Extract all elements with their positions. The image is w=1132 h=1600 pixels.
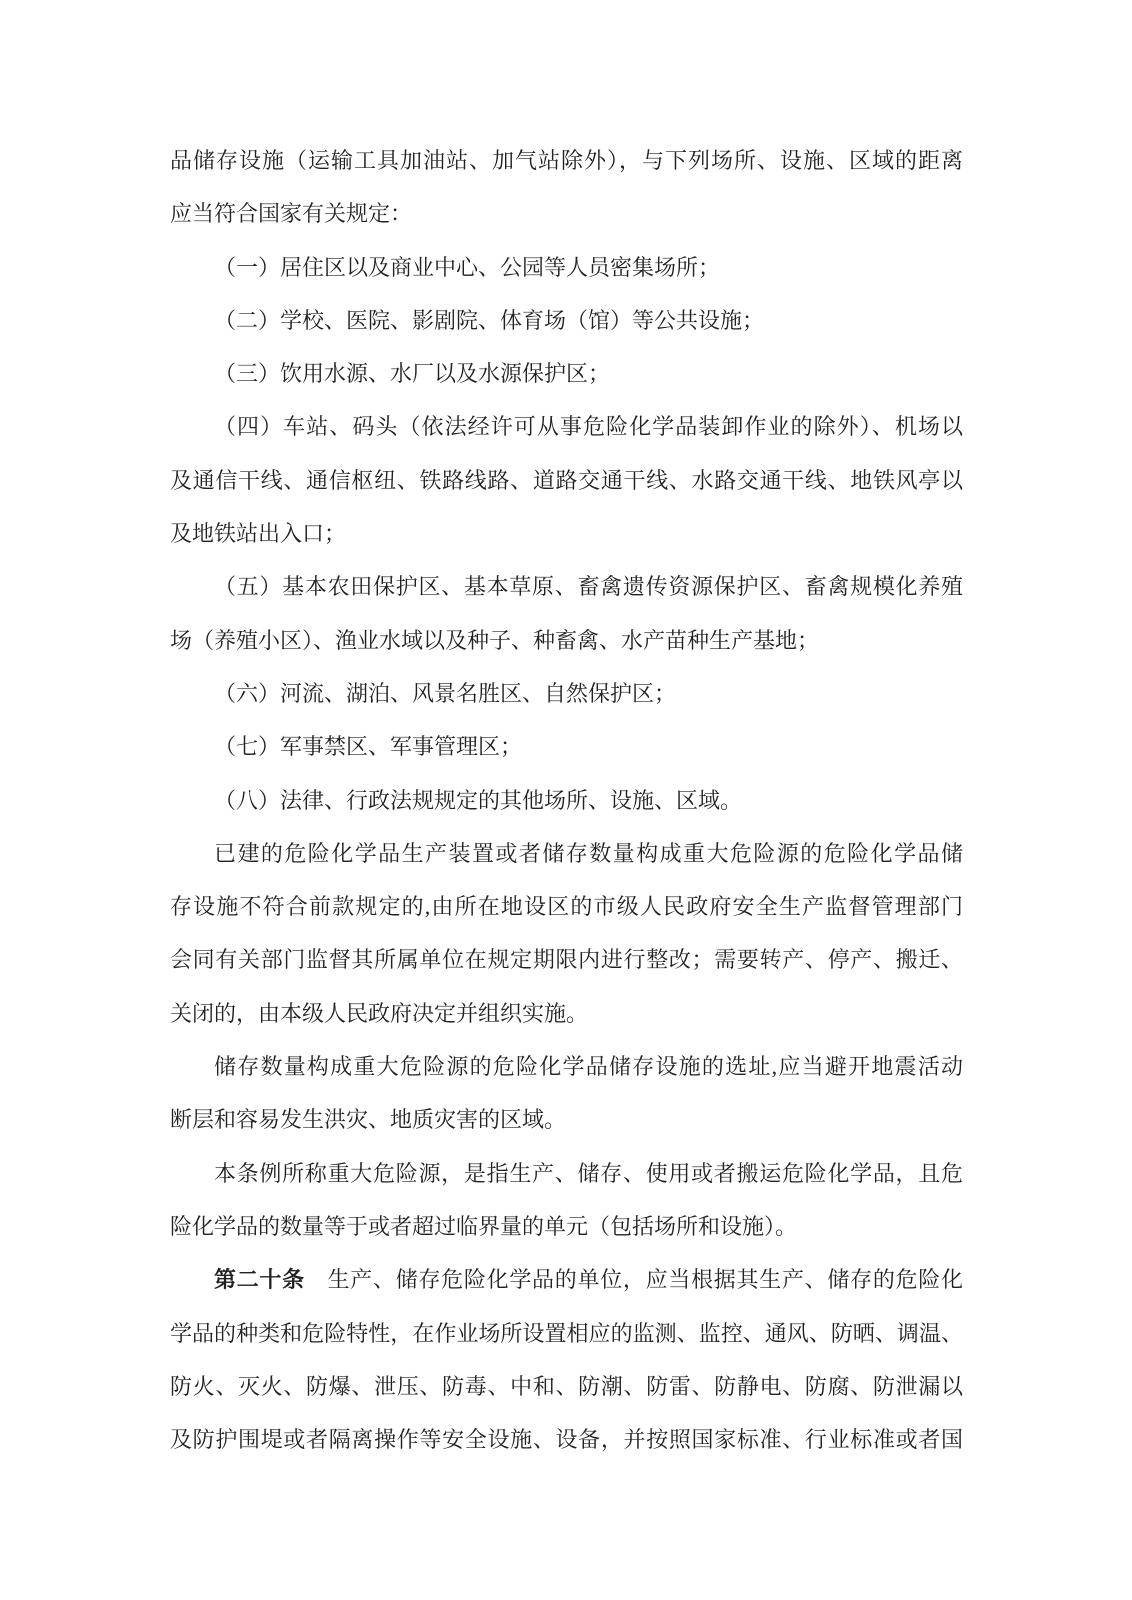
line-text: （一）居住区以及商业中心、公园等人员密集场所； xyxy=(214,255,720,280)
document-line: 应当符合国家有关规定： xyxy=(170,187,963,240)
document-line: （八）法律、行政法规规定的其他场所、设施、区域。 xyxy=(170,774,963,827)
document-line: （五）基本农田保护区、基本草原、畜禽遗传资源保护区、畜禽规模化养殖 xyxy=(170,560,963,613)
line-text: 应当符合国家有关规定： xyxy=(170,201,412,226)
document-line: 第二十条 生产、储存危险化学品的单位，应当根据其生产、储存的危险化 xyxy=(170,1253,963,1306)
line-text: （八）法律、行政法规规定的其他场所、设施、区域。 xyxy=(214,788,742,813)
document-line: 场（养殖小区）、渔业水域以及种子、种畜禽、水产苗种生产基地； xyxy=(170,614,963,667)
document-line: 关闭的，由本级人民政府决定并组织实施。 xyxy=(170,987,963,1040)
line-text: 及地铁站出入口； xyxy=(170,521,346,546)
document-line: 会同有关部门监督其所属单位在规定期限内进行整改；需要转产、停产、搬迁、 xyxy=(170,933,963,986)
document-line: 及地铁站出入口； xyxy=(170,507,963,560)
line-text: 品储存设施（运输工具加油站、加气站除外），与下列场所、设施、区域的距离 xyxy=(170,148,963,173)
document-line: 及通信干线、通信枢纽、铁路线路、道路交通干线、水路交通干线、地铁风亭以 xyxy=(170,454,963,507)
line-text: 断层和容易发生洪灾、地质灾害的区域。 xyxy=(170,1107,566,1132)
line-text: 已建的危险化学品生产装置或者储存数量构成重大危险源的危险化学品储 xyxy=(214,841,963,866)
line-text: 及通信干线、通信枢纽、铁路线路、道路交通干线、水路交通干线、地铁风亭以 xyxy=(170,468,963,493)
document-line: 存设施不符合前款规定的,由所在地设区的市级人民政府安全生产监督管理部门 xyxy=(170,880,963,933)
document-line: 储存数量构成重大危险源的危险化学品储存设施的选址,应当避开地震活动 xyxy=(170,1040,963,1093)
line-text: 险化学品的数量等于或者超过临界量的单元（包括场所和设施）。 xyxy=(170,1214,797,1239)
line-text: （七）军事禁区、军事管理区； xyxy=(214,734,522,759)
article-number: 第二十条 xyxy=(214,1267,305,1292)
document-line: （六）河流、湖泊、风景名胜区、自然保护区； xyxy=(170,667,963,720)
document-line: 已建的危险化学品生产装置或者储存数量构成重大危险源的危险化学品储 xyxy=(170,827,963,880)
line-text: 生产、储存危险化学品的单位，应当根据其生产、储存的危险化 xyxy=(305,1267,963,1292)
line-text: 本条例所称重大危险源，是指生产、储存、使用或者搬运危险化学品，且危 xyxy=(214,1161,963,1186)
document-line: 及防护围堤或者隔离操作等安全设施、设备，并按照国家标准、行业标准或者国 xyxy=(170,1413,963,1466)
document-line: 本条例所称重大危险源，是指生产、储存、使用或者搬运危险化学品，且危 xyxy=(170,1147,963,1200)
line-text: （五）基本农田保护区、基本草原、畜禽遗传资源保护区、畜禽规模化养殖 xyxy=(214,574,963,599)
line-text: 学品的种类和危险特性，在作业场所设置相应的监测、监控、通风、防晒、调温、 xyxy=(170,1321,963,1346)
document-line: （四）车站、码头（依法经许可从事危险化学品装卸作业的除外）、机场以 xyxy=(170,400,963,453)
document-line: 学品的种类和危险特性，在作业场所设置相应的监测、监控、通风、防晒、调温、 xyxy=(170,1307,963,1360)
line-text: （四）车站、码头（依法经许可从事危险化学品装卸作业的除外）、机场以 xyxy=(214,414,963,439)
document-line: （七）军事禁区、军事管理区； xyxy=(170,720,963,773)
line-text: 场（养殖小区）、渔业水域以及种子、种畜禽、水产苗种生产基地； xyxy=(170,628,819,653)
line-text: （二）学校、医院、影剧院、体育场（馆）等公共设施； xyxy=(214,308,764,333)
document-line: （二）学校、医院、影剧院、体育场（馆）等公共设施； xyxy=(170,294,963,347)
line-text: 防火、灭火、防爆、泄压、防毒、中和、防潮、防雷、防静电、防腐、防泄漏以 xyxy=(170,1374,963,1399)
line-text: （六）河流、湖泊、风景名胜区、自然保护区； xyxy=(214,681,676,706)
line-text: （三）饮用水源、水厂以及水源保护区； xyxy=(214,361,610,386)
line-text: 存设施不符合前款规定的,由所在地设区的市级人民政府安全生产监督管理部门 xyxy=(170,894,963,919)
line-text: 会同有关部门监督其所属单位在规定期限内进行整改；需要转产、停产、搬迁、 xyxy=(170,947,963,972)
document-line: 防火、灭火、防爆、泄压、防毒、中和、防潮、防雷、防静电、防腐、防泄漏以 xyxy=(170,1360,963,1413)
document-line: 险化学品的数量等于或者超过临界量的单元（包括场所和设施）。 xyxy=(170,1200,963,1253)
document-line: 品储存设施（运输工具加油站、加气站除外），与下列场所、设施、区域的距离 xyxy=(170,134,963,187)
document-body: 品储存设施（运输工具加油站、加气站除外），与下列场所、设施、区域的距离应当符合国… xyxy=(170,134,963,1466)
line-text: 及防护围堤或者隔离操作等安全设施、设备，并按照国家标准、行业标准或者国 xyxy=(170,1427,963,1452)
line-text: 关闭的，由本级人民政府决定并组织实施。 xyxy=(170,1001,588,1026)
document-line: （一）居住区以及商业中心、公园等人员密集场所； xyxy=(170,241,963,294)
line-text: 储存数量构成重大危险源的危险化学品储存设施的选址,应当避开地震活动 xyxy=(214,1054,963,1079)
document-page: 品储存设施（运输工具加油站、加气站除外），与下列场所、设施、区域的距离应当符合国… xyxy=(0,0,1132,1600)
document-line: 断层和容易发生洪灾、地质灾害的区域。 xyxy=(170,1093,963,1146)
document-line: （三）饮用水源、水厂以及水源保护区； xyxy=(170,347,963,400)
